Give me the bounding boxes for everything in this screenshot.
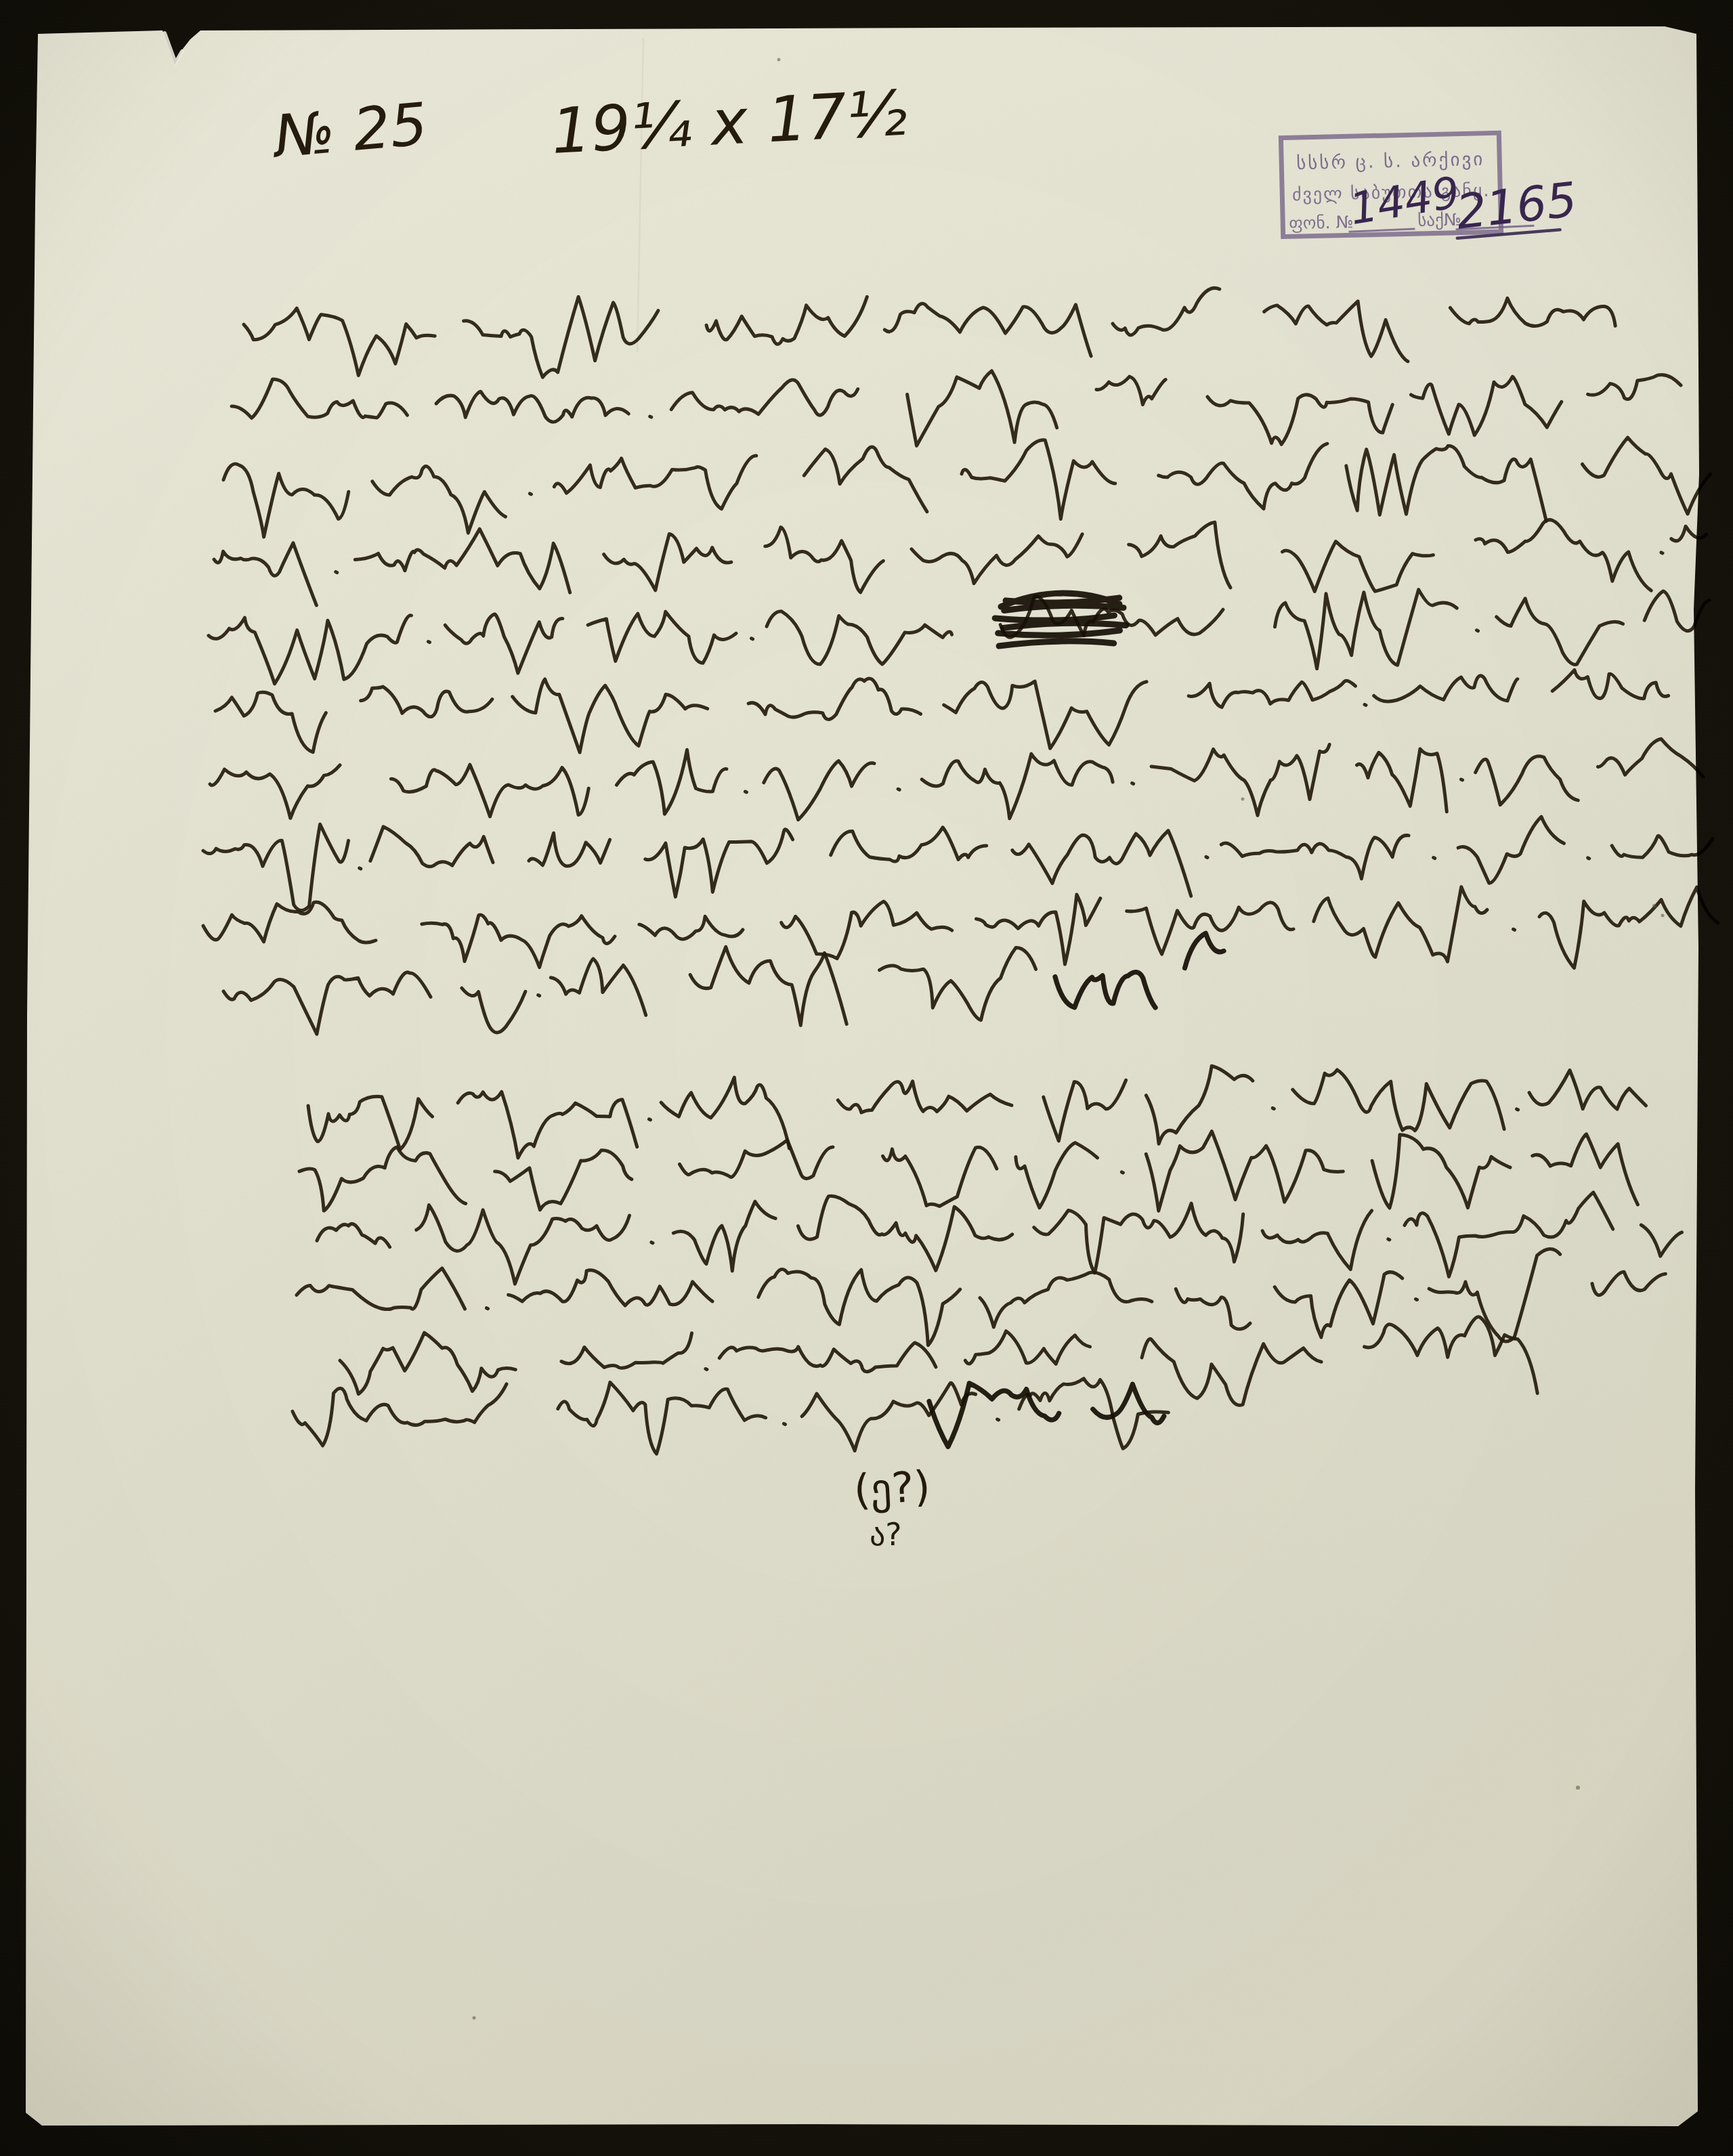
scanned-page: № 25 19¼ x 17½ სსსრ ც. ს. არქივი ძველ სა… (0, 0, 1733, 2156)
scan-vignette (0, 0, 1733, 2156)
scanned-document: № 25 19¼ x 17½ სსსრ ც. ს. არქივი ძველ სა… (0, 0, 1733, 2156)
